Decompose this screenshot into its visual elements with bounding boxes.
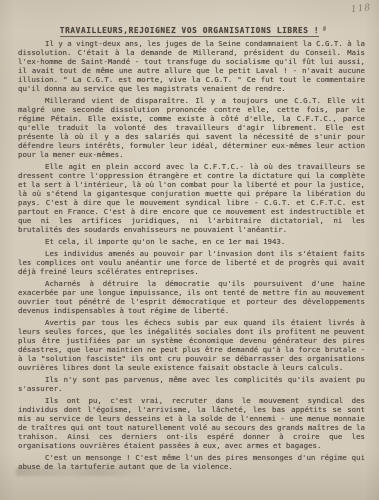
document-paragraph: Avertis par tous les échecs subis par eu…: [18, 318, 365, 372]
document-paragraph: Millerand vient de disparaître. Il y a t…: [18, 96, 365, 159]
document-paragraph: Elle agit en plein accord avec la C.F.T.…: [18, 162, 365, 234]
document-title-text: TRAVAILLEURS,REJOIGNEZ VOS ORGANISATIONS…: [60, 26, 319, 37]
document-paragraph: Il y a vingt-deux ans, les juges de la S…: [18, 39, 365, 93]
document-body: Il y a vingt-deux ans, les juges de la S…: [18, 39, 365, 474]
ink-bleed-smudge: [16, 468, 166, 476]
document-paragraph: Ils n'y sont pas parvenus, même avec les…: [18, 375, 365, 393]
document-paragraph: Ils ont pu, c'est vrai, recruter dans le…: [18, 396, 365, 450]
document-paragraph: Les individus amenés au pouvoir par l'in…: [18, 249, 365, 276]
document-paragraph: Acharnés à détruire la démocratie qu'ils…: [18, 279, 365, 315]
scanned-document-page: 118 TRAVAILLEURS,REJOIGNEZ VOS ORGANISAT…: [0, 0, 379, 500]
document-paragraph: Et cela, il importe qu'on le sache, en c…: [18, 237, 365, 246]
document-title: TRAVAILLEURS,REJOIGNEZ VOS ORGANISATIONS…: [0, 26, 379, 37]
handwritten-page-number: 118: [350, 3, 371, 15]
